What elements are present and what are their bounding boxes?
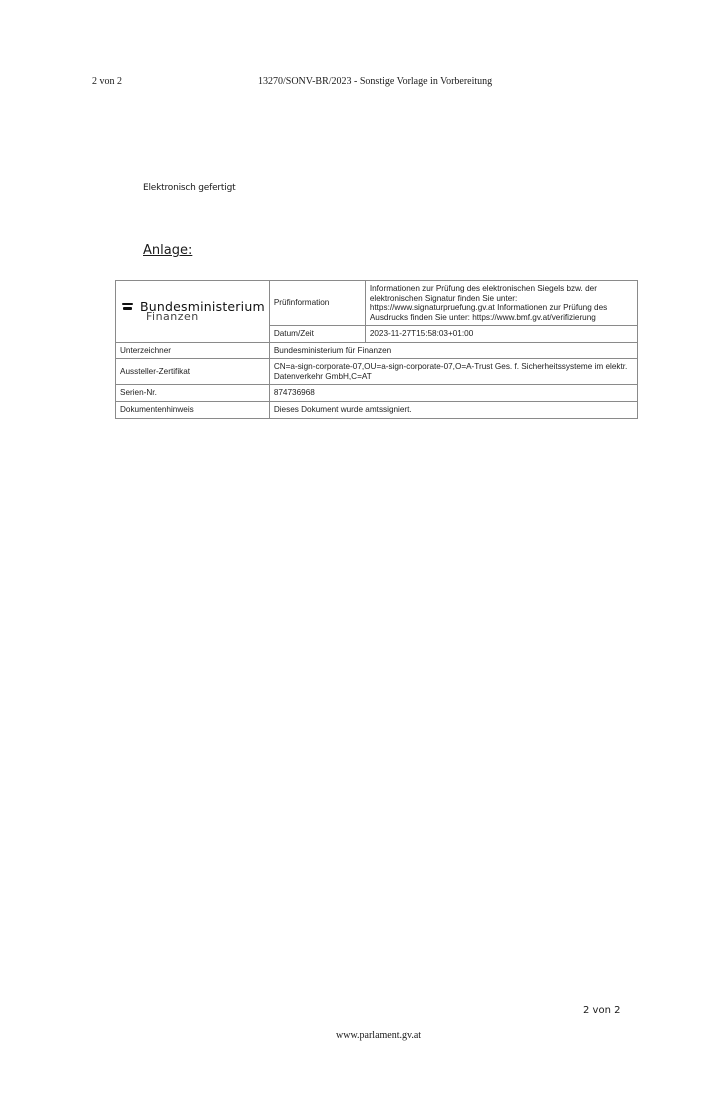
row-value: Dieses Dokument wurde amtssigniert.	[269, 402, 637, 419]
bmf-logo: Bundesministerium Finanzen	[120, 302, 265, 322]
logo-cell: Bundesministerium Finanzen	[116, 281, 270, 343]
row-value: 874736968	[269, 385, 637, 402]
row-value: CN=a-sign-corporate-07,OU=a-sign-corpora…	[269, 359, 637, 385]
datetime-label: Datum/Zeit	[269, 326, 365, 343]
attachment-heading: Anlage:	[143, 243, 192, 258]
footer-page-indicator: 2 von 2	[583, 1005, 620, 1016]
row-label: Unterzeichner	[116, 343, 270, 359]
header-document-title: 13270/SONV-BR/2023 - Sonstige Vorlage in…	[258, 76, 492, 87]
table-row: Unterzeichner Bundesministerium für Fina…	[116, 343, 638, 359]
verification-value: Informationen zur Prüfung des elektronis…	[365, 281, 637, 326]
verification-label: Prüfinformation	[269, 281, 365, 326]
footer-url[interactable]: www.parlament.gv.at	[336, 1030, 421, 1041]
datetime-value: 2023-11-27T15:58:03+01:00	[365, 326, 637, 343]
header-page-indicator: 2 von 2	[92, 76, 122, 87]
logo-sub-text: Finanzen	[146, 312, 265, 322]
signature-table: Bundesministerium Finanzen Prüfinformati…	[115, 280, 638, 419]
signed-note: Elektronisch gefertigt	[143, 183, 235, 193]
row-label: Dokumentenhinweis	[116, 402, 270, 419]
table-row: Aussteller-Zertifikat CN=a-sign-corporat…	[116, 359, 638, 385]
table-row: Bundesministerium Finanzen Prüfinformati…	[116, 281, 638, 326]
table-row: Serien-Nr. 874736968	[116, 385, 638, 402]
row-value: Bundesministerium für Finanzen	[269, 343, 637, 359]
table-row: Dokumentenhinweis Dieses Dokument wurde …	[116, 402, 638, 419]
bmf-logo-icon	[122, 303, 133, 310]
row-label: Serien-Nr.	[116, 385, 270, 402]
row-label: Aussteller-Zertifikat	[116, 359, 270, 385]
